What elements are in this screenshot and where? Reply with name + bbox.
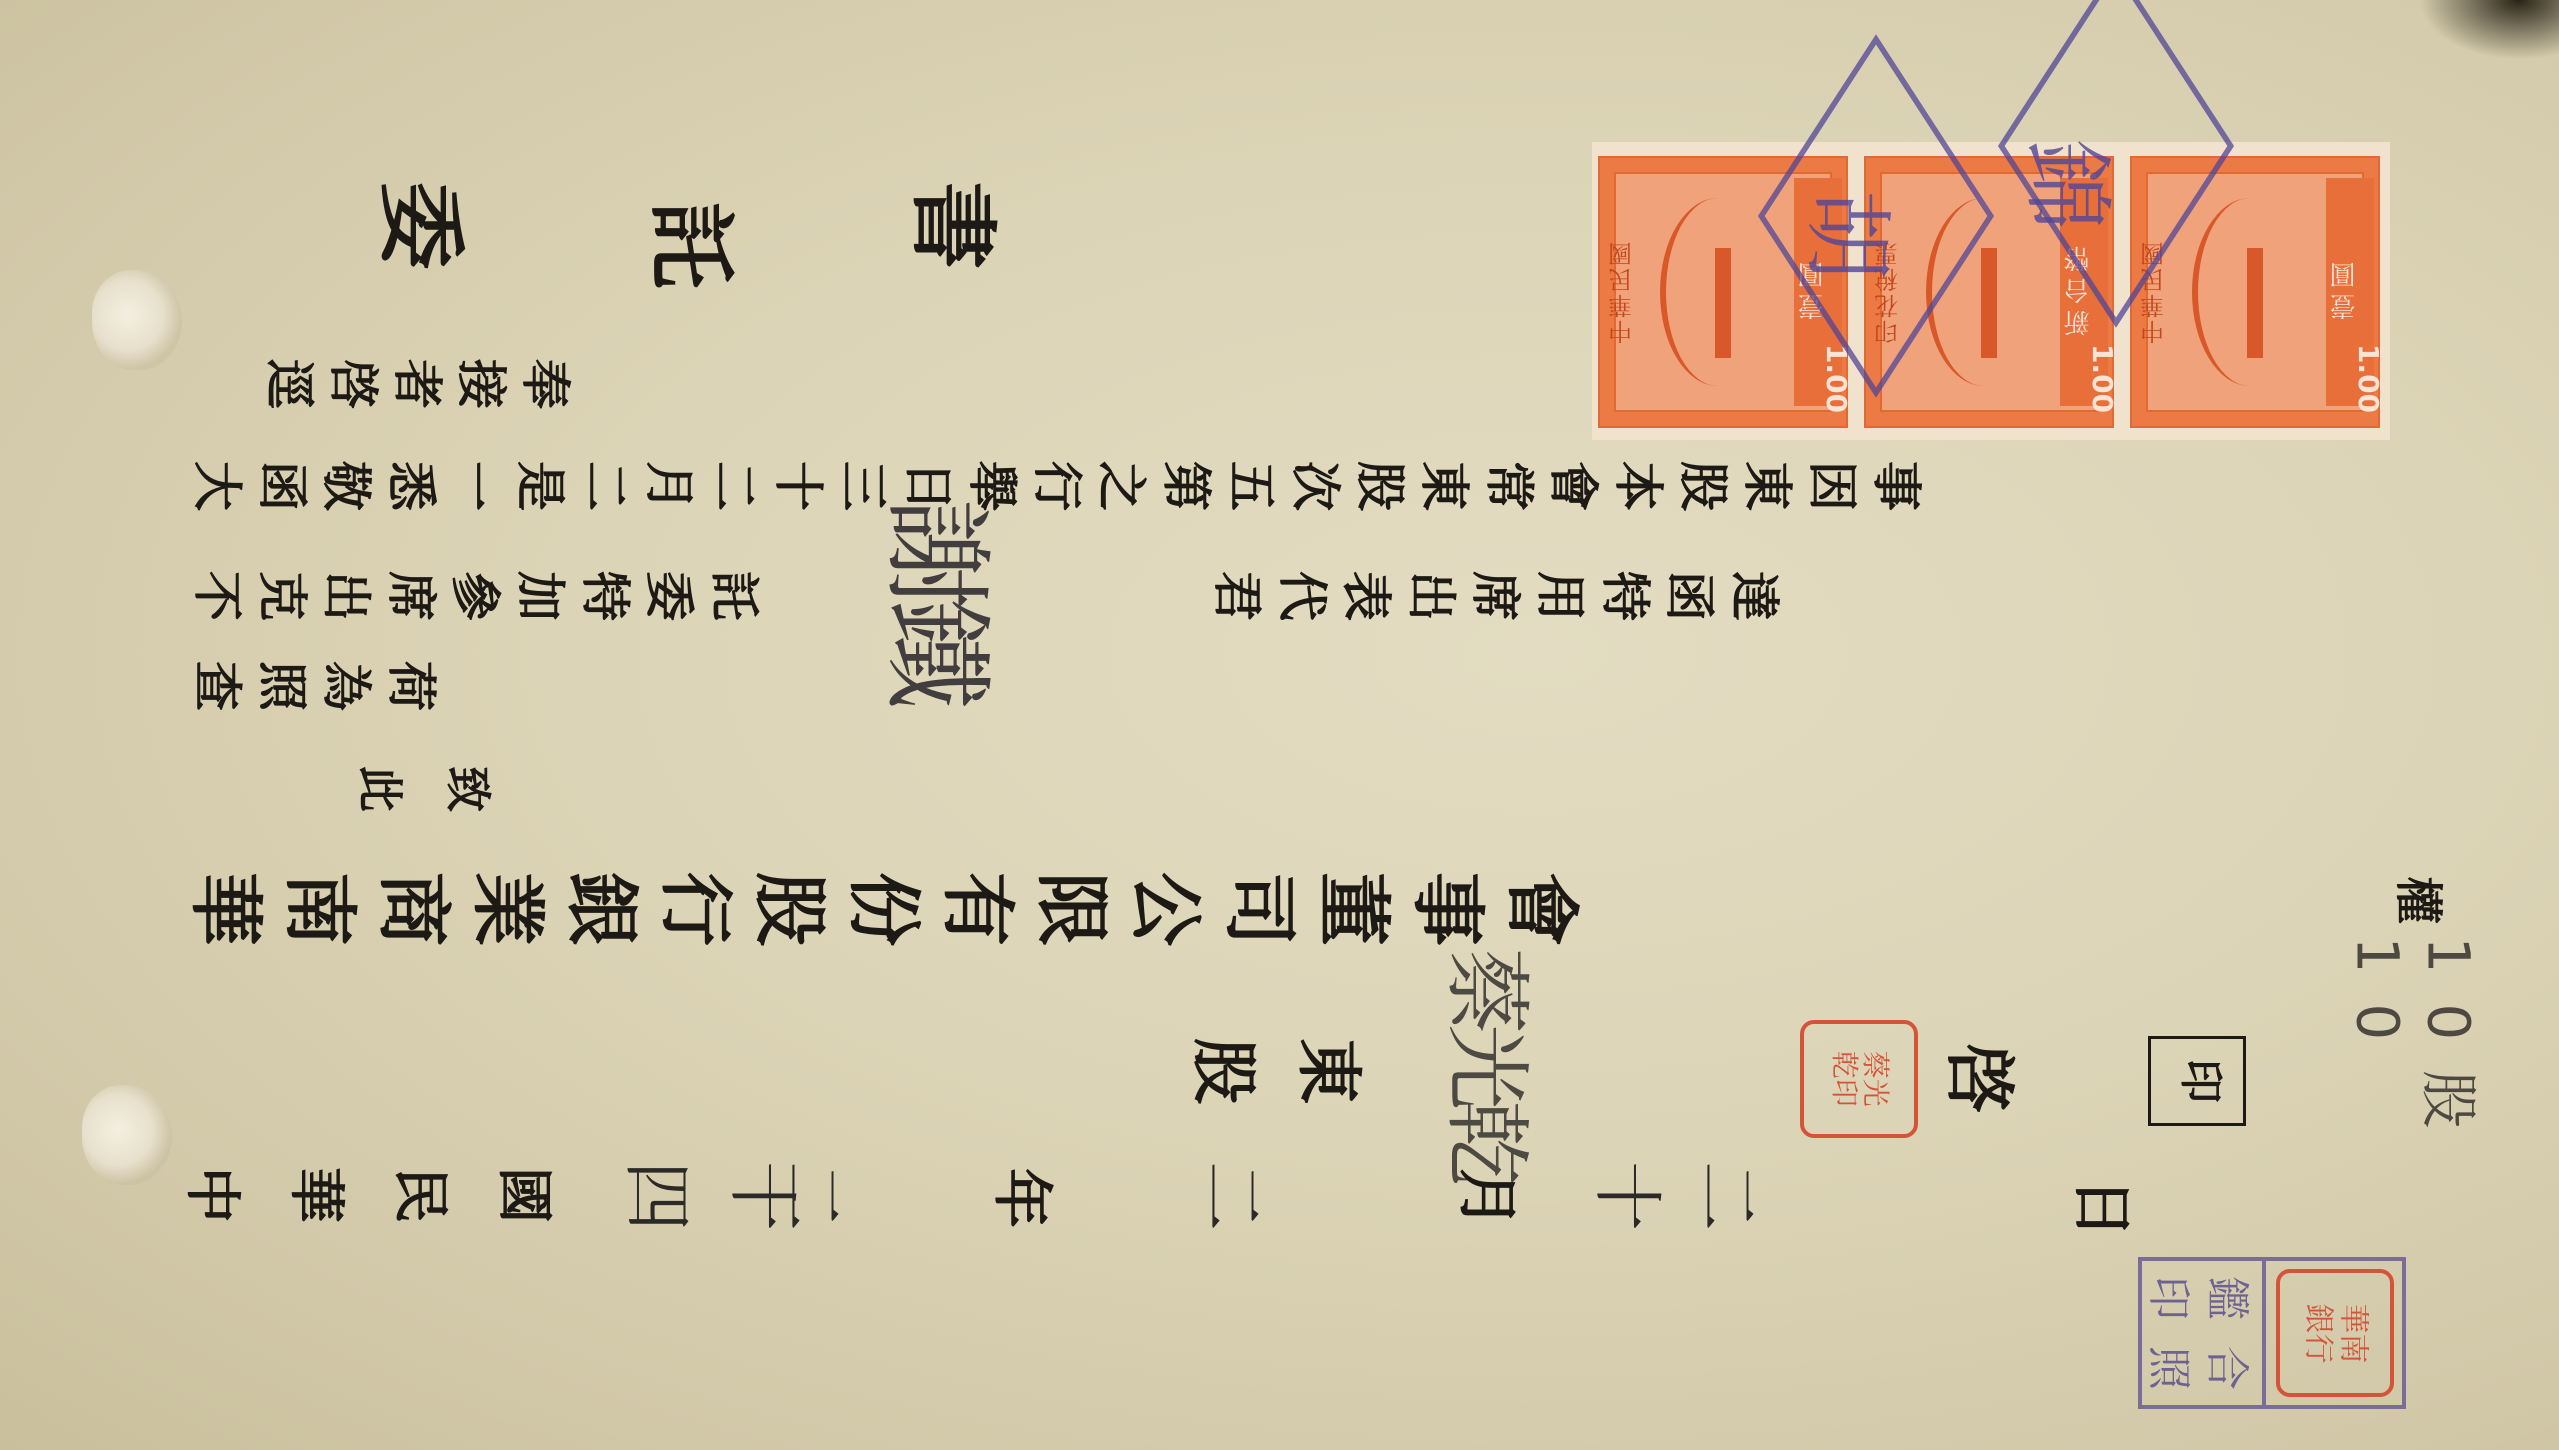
body2a-char: 克	[255, 570, 307, 622]
greeting-char: 者	[390, 358, 442, 410]
addressee-char: 限	[1026, 868, 1108, 950]
date_prefix-char: 華	[284, 1165, 344, 1225]
seal-placeholder-char: 印	[2172, 1056, 2222, 1106]
line-addressee: 華南商業銀行股份有限公司董事會	[180, 868, 1578, 950]
body2b-char: 出	[1404, 570, 1456, 622]
addressee-char: 份	[838, 868, 920, 950]
body1-char: 行	[1030, 460, 1082, 512]
stamp-2-value: 1.00	[2086, 344, 2119, 413]
addressee-char: 商	[368, 868, 450, 950]
body1-char: 一	[448, 460, 500, 512]
body1-char: 會	[1546, 460, 1598, 512]
body2b-char: 達	[1727, 570, 1779, 622]
body1-char: 二	[707, 460, 759, 512]
body3-char: 照	[255, 660, 307, 712]
body1-char: 東	[1417, 460, 1469, 512]
body1-char: 次	[1288, 460, 1340, 512]
addressee-char: 會	[1496, 868, 1578, 950]
body1-char: 函	[255, 460, 307, 512]
punch-hole-top	[92, 270, 182, 370]
body2a-char: 特	[578, 570, 630, 622]
body1-char: 十	[771, 460, 823, 512]
body2a-char: 不	[190, 570, 242, 622]
signoff-char: 啓	[1938, 1040, 2014, 1116]
body2b-char: 特	[1598, 570, 1650, 622]
title-char-2: 託	[640, 198, 735, 293]
body1-char: 本	[1611, 460, 1663, 512]
verification-label: 印鑑照合	[2142, 1261, 2266, 1405]
date-year-handwritten: 四	[620, 1160, 692, 1232]
body1-char: 股	[1676, 460, 1728, 512]
line-body-1: 大函敬悉一是二月二十三日舉行之第五次股東常會本股東因事	[190, 460, 1921, 512]
body2b-char: 君	[1210, 570, 1262, 622]
date-month-label: 月	[1450, 1165, 1516, 1231]
date-day-label: 日	[2065, 1175, 2131, 1241]
addressee-char: 股	[744, 868, 826, 950]
greeting-char: 逕	[262, 358, 314, 410]
date_prefix-char: 國	[492, 1165, 552, 1225]
punch-hole-bottom	[82, 1085, 172, 1185]
body3-char: 荷	[384, 660, 436, 712]
date-day-handwritten-1: 十	[1590, 1160, 1662, 1232]
body3-char: 為	[319, 660, 371, 712]
bank-verification-seal: 華南銀行	[2276, 1269, 2394, 1397]
body2b-char: 代	[1275, 570, 1327, 622]
body1-char: 因	[1805, 460, 1857, 512]
addressee-char: 銀	[556, 868, 638, 950]
line-greeting: 逕啓者接奉	[262, 358, 570, 410]
body2a-char: 出	[319, 570, 371, 622]
addressee-char: 事	[1402, 868, 1484, 950]
date-year-handwritten-3: 二	[775, 1160, 847, 1232]
line-body-3: 查照為荷	[190, 660, 436, 712]
shareholder-signature: 蔡光乾	[1432, 948, 1556, 1176]
body1-char: 月	[642, 460, 694, 512]
addressee-char: 華	[180, 868, 262, 950]
addressee-char: 有	[932, 868, 1014, 950]
shareholder-label-1: 股	[1185, 1035, 1257, 1107]
body2b-char: 席	[1468, 570, 1520, 622]
body1-char: 是	[513, 460, 565, 512]
body1-char: 大	[190, 460, 242, 512]
stamp-3-value: 1.00	[2352, 344, 2385, 413]
line-body-2b: 君代表出席用特函達	[1210, 570, 1779, 622]
scanned-document: 委 託 書 逕啓者接奉 大函敬悉一是二月二十三日舉行之第五次股東常會本股東因事 …	[0, 0, 2559, 1450]
body1-char: 股	[1353, 460, 1405, 512]
shares-note-rights-char: 權	[2382, 870, 2442, 930]
date_prefix-char: 中	[180, 1165, 240, 1225]
body2a-char: 席	[384, 570, 436, 622]
body2a-char: 委	[642, 570, 694, 622]
body2a-char: 加	[513, 570, 565, 622]
title-char-1: 委	[370, 178, 465, 273]
body1-char: 事	[1869, 460, 1921, 512]
closing-char: 此	[355, 765, 403, 813]
line-closing: 此致	[355, 765, 491, 813]
addressee-char: 行	[650, 868, 732, 950]
proxy-name-signature: 謝鐵	[866, 499, 1024, 699]
greeting-char: 接	[454, 358, 506, 410]
cancellation-text-2: 錦	[2010, 140, 2140, 230]
body1-char: 第	[1159, 460, 1211, 512]
date-month-handwritten: 二	[1195, 1160, 1267, 1232]
greeting-char: 奉	[518, 358, 570, 410]
body2a-char: 參	[448, 570, 500, 622]
line-body-2a: 不克出席參加特委託	[190, 570, 759, 622]
seal-placeholder-box: 印	[2148, 1036, 2246, 1126]
body1-char: 敬	[319, 460, 371, 512]
body2b-char: 表	[1339, 570, 1391, 622]
body2b-char: 函	[1662, 570, 1714, 622]
date-day-handwritten-2: 二	[1690, 1160, 1762, 1232]
body3-char: 查	[190, 660, 242, 712]
date-year-label: 年	[985, 1165, 1051, 1231]
body1-char: 五	[1224, 460, 1276, 512]
shareholder-label-2: 東	[1290, 1035, 1362, 1107]
revenue-stamp-strip: 中華民國 壹圓 印花稅票 新台幣 中華民國 壹圓 1.00 1.00 1.00	[1592, 142, 2390, 440]
addressee-char: 司	[1214, 868, 1296, 950]
body1-char: 之	[1094, 460, 1146, 512]
addressee-char: 董	[1308, 868, 1390, 950]
addressee-char: 公	[1120, 868, 1202, 950]
body1-char: 悉	[384, 460, 436, 512]
body2b-char: 用	[1533, 570, 1585, 622]
scan-edge-shadow	[2419, 0, 2559, 60]
body2a-char: 託	[707, 570, 759, 622]
body1-char: 二	[578, 460, 630, 512]
addressee-char: 南	[274, 868, 356, 950]
greeting-char: 啓	[326, 358, 378, 410]
shareholder-personal-seal: 蔡光乾印	[1800, 1020, 1918, 1138]
shares-note-handwritten: 10股10	[2344, 937, 2496, 1216]
addressee-char: 業	[462, 868, 544, 950]
seal-verification-box: 印鑑照合 華南銀行	[2138, 1257, 2406, 1409]
body1-char: 常	[1482, 460, 1534, 512]
closing-char: 致	[443, 765, 491, 813]
cancellation-text-1: 胡	[1790, 190, 1920, 280]
body1-char: 東	[1740, 460, 1792, 512]
date-prefix: 中華民國	[180, 1165, 552, 1225]
date_prefix-char: 民	[388, 1165, 448, 1225]
title-char-3: 書	[902, 178, 997, 273]
